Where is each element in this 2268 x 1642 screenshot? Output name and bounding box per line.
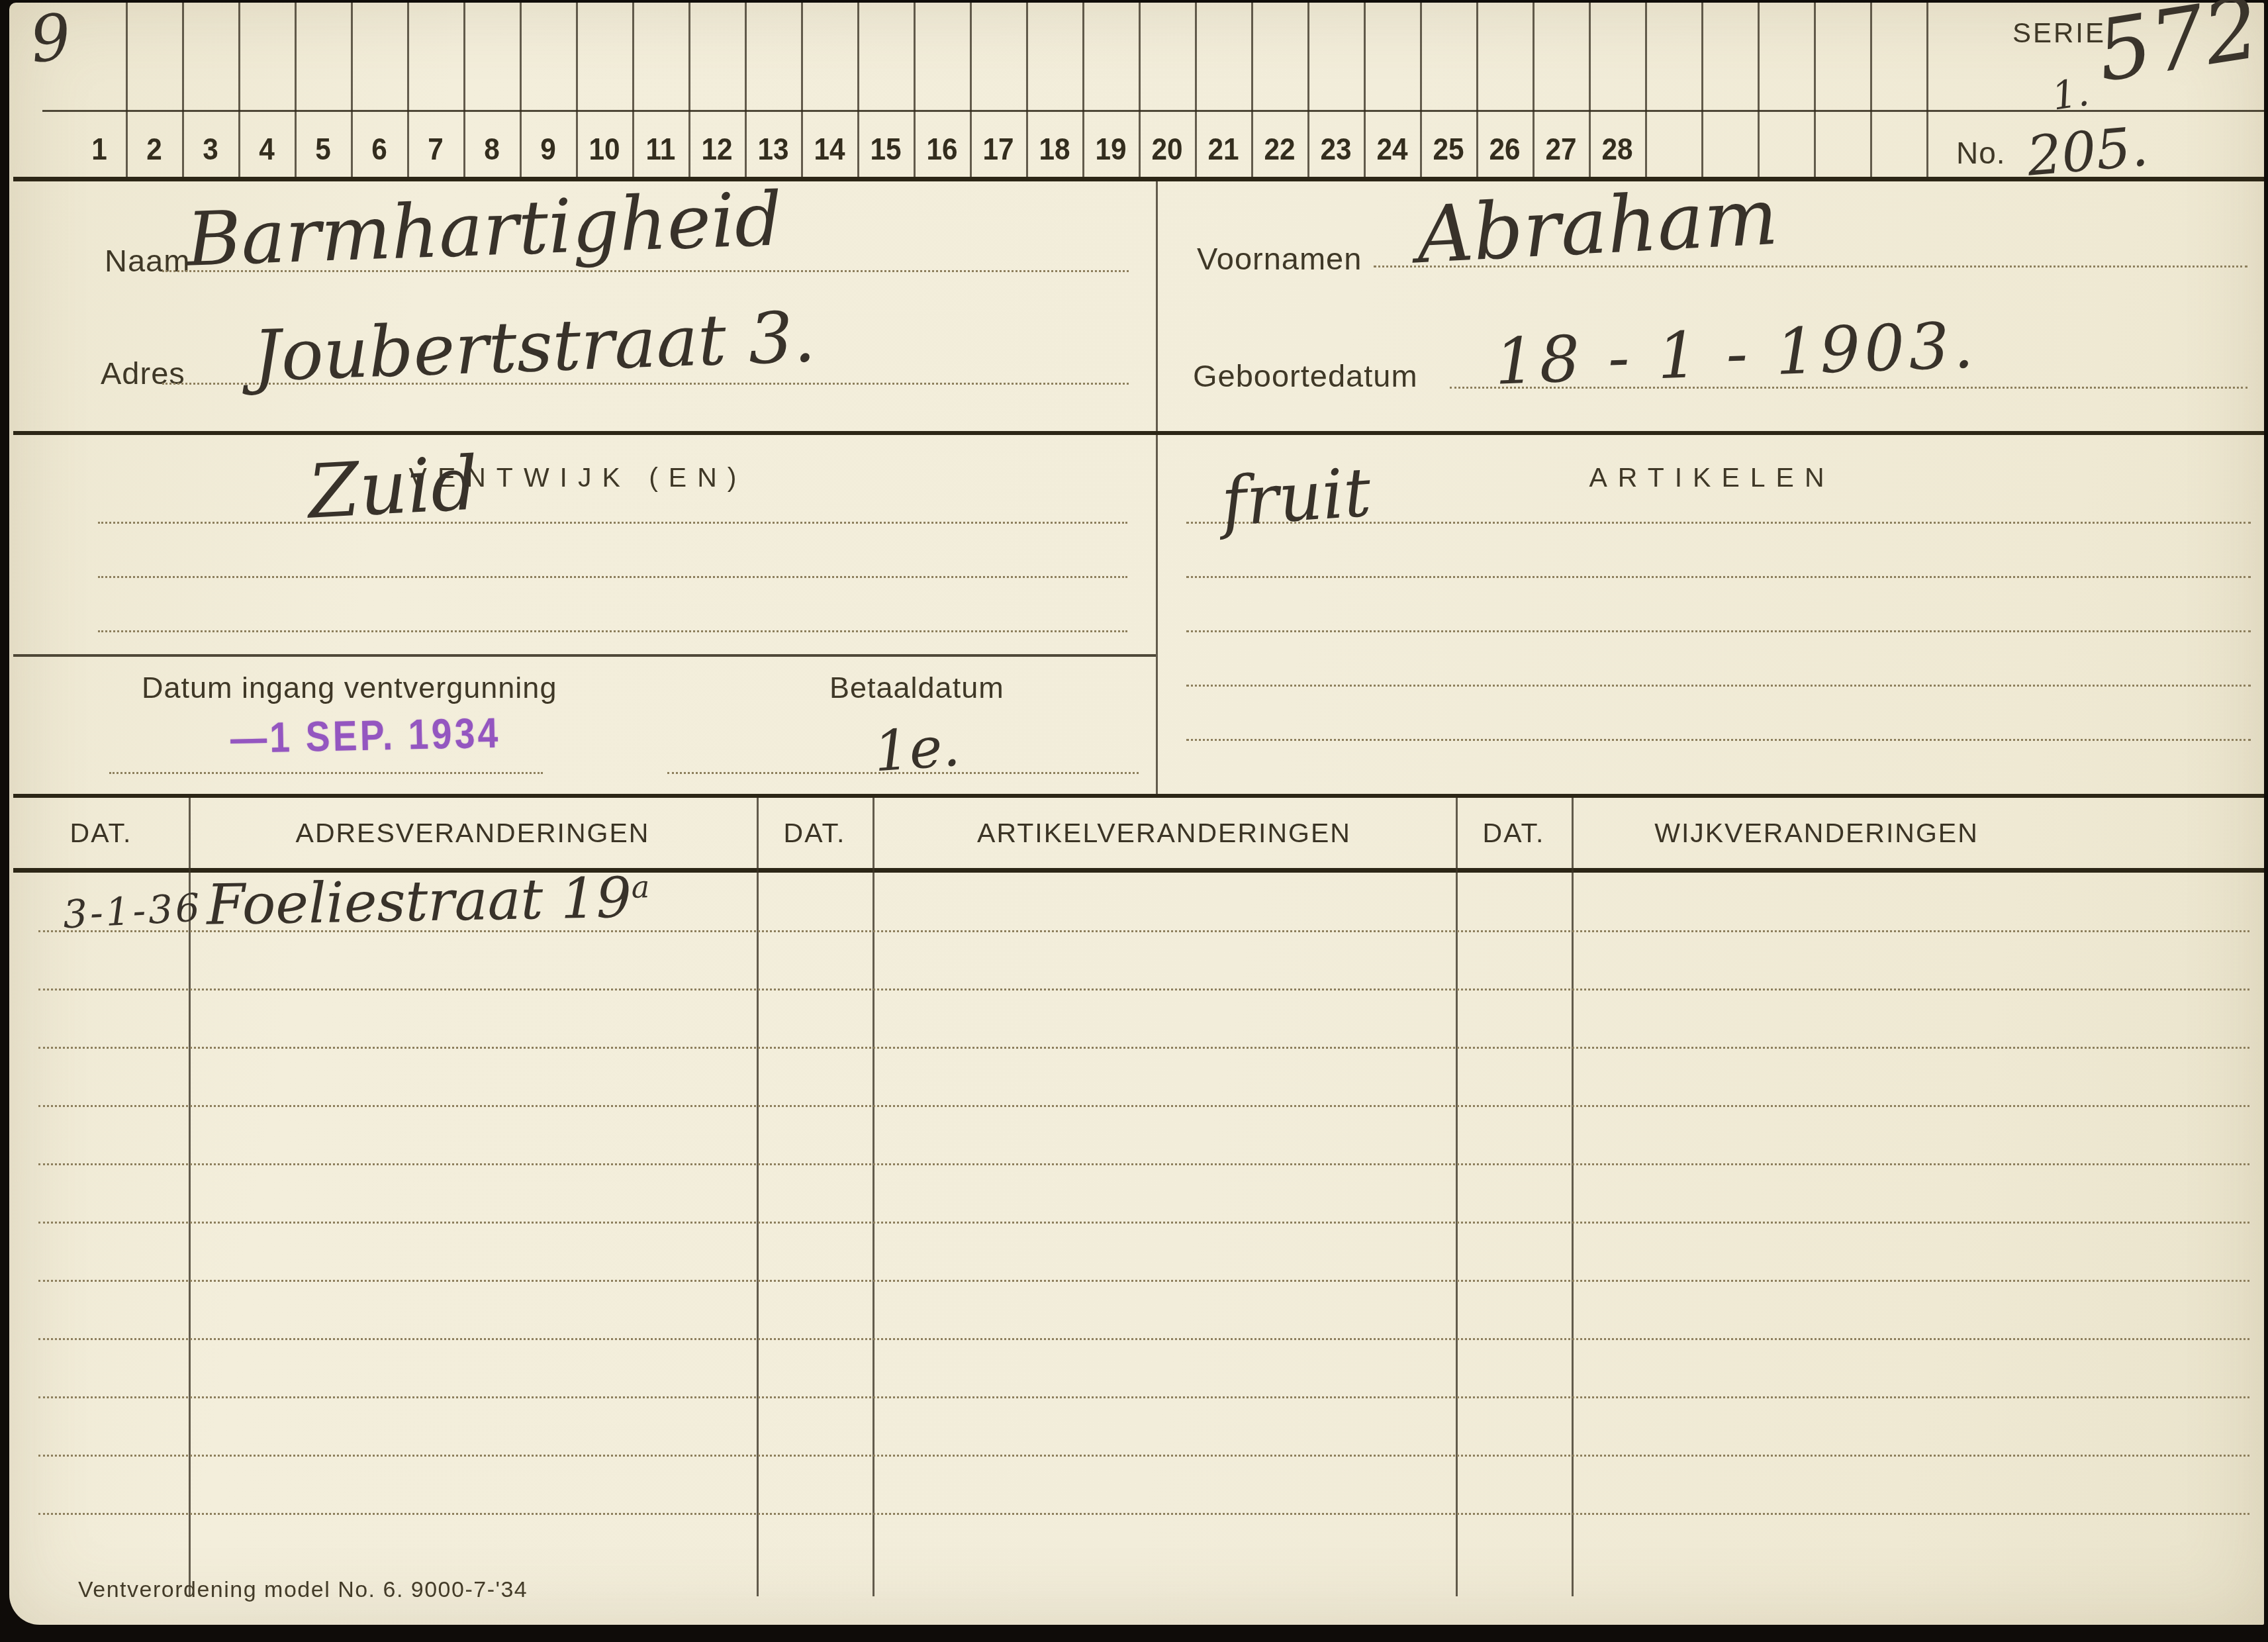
- grid-line: [520, 3, 522, 180]
- table-row-line: [38, 1280, 2249, 1282]
- datum-ingang-label: Datum ingang ventvergunning: [142, 671, 557, 705]
- table-header-wijkveranderingen: WIJKVERANDERINGEN: [1572, 818, 2061, 849]
- ventwijk-value-handwritten: Zuid: [306, 440, 481, 535]
- grid-line: [1251, 3, 1253, 180]
- dotted-line: [1186, 630, 2251, 632]
- grid-line: [1758, 3, 1760, 180]
- grid-line: [801, 3, 803, 180]
- grid-line: [182, 3, 184, 180]
- table-row-line: [38, 1105, 2249, 1107]
- datum-ingang-line: [109, 772, 543, 774]
- grid-line: [463, 3, 465, 180]
- dotted-line: [1186, 685, 2251, 687]
- scanned-vendor-permit-card-photo: 9 12345678910111213141516171819202122232…: [0, 0, 2268, 1642]
- grid-number: 6: [357, 131, 400, 167]
- table-row-line: [38, 1338, 2249, 1340]
- grid-number: 24: [1370, 131, 1413, 167]
- voornamen-label: Voornamen: [1197, 240, 1362, 277]
- grid-line: [1589, 3, 1591, 180]
- grid-line: [1533, 3, 1535, 180]
- serie-label: SERIE: [2012, 17, 2106, 49]
- top-thick-rule: [13, 177, 2264, 181]
- grid-line: [295, 3, 297, 180]
- grid-number: 21: [1202, 131, 1244, 167]
- grid-number: 26: [1483, 131, 1525, 167]
- table-row-line: [38, 989, 2249, 990]
- table-column-line: [873, 798, 874, 1596]
- table-row-line: [38, 1396, 2249, 1398]
- grid-line: [351, 3, 353, 180]
- table-row-line: [38, 1455, 2249, 1457]
- section2-top-rule: [13, 431, 2264, 435]
- grid-line: [1814, 3, 1816, 180]
- serie-note-handwritten: 1.: [2050, 69, 2092, 119]
- betaaldatum-label: Betaaldatum: [829, 671, 1004, 705]
- ventwijk-header: VENTWIJK (EN): [0, 462, 1156, 493]
- dotted-line: [98, 522, 1127, 524]
- grid-line: [1420, 3, 1422, 180]
- grid-number: 18: [1033, 131, 1075, 167]
- table-header-adresveranderingen: ADRESVERANDERINGEN: [189, 818, 757, 849]
- grid-line: [1701, 3, 1703, 180]
- table-top-rule: [13, 794, 2264, 798]
- grid-line: [1026, 3, 1028, 180]
- grid-line: [1307, 3, 1309, 180]
- grid-line: [1082, 3, 1084, 180]
- grid-line: [238, 3, 240, 180]
- grid-number: 19: [1089, 131, 1131, 167]
- table-row-line: [38, 1222, 2249, 1224]
- dotted-line: [98, 630, 1127, 632]
- no-value-handwritten: 205.: [2024, 115, 2150, 189]
- grid-number: 4: [245, 131, 287, 167]
- grid-line: [1476, 3, 1478, 180]
- grid-number: 28: [1595, 131, 1638, 167]
- dotted-line: [1186, 739, 2251, 741]
- grid-number: 23: [1314, 131, 1356, 167]
- table-header-dat-3: DAT.: [1456, 818, 1572, 849]
- betaaldatum-line: [667, 772, 1139, 774]
- grid-line: [126, 3, 128, 180]
- grid-line: [688, 3, 690, 180]
- voornamen-value-handwritten: Abraham: [1415, 171, 1780, 281]
- table-header-dat-2: DAT.: [757, 818, 873, 849]
- grid-line: [970, 3, 972, 180]
- corner-mark-handwritten: 9: [26, 0, 74, 77]
- date-stamp: —1 SEP. 1934: [230, 708, 501, 763]
- grid-number: 22: [1258, 131, 1300, 167]
- grid-line: [1195, 3, 1197, 180]
- grid-number: 14: [808, 131, 850, 167]
- table-column-line: [1456, 798, 1458, 1596]
- grid-line: [1139, 3, 1141, 180]
- grid-number: 11: [639, 131, 681, 167]
- grid-line: [1870, 3, 1872, 180]
- ventwijk-bottom-rule: [13, 654, 1156, 657]
- grid-number: 12: [695, 131, 737, 167]
- grid-number: 7: [414, 131, 456, 167]
- table-column-line: [1572, 798, 1574, 1596]
- grid-line: [914, 3, 916, 180]
- section1-divider: [1156, 181, 1158, 433]
- top-thin-rule: [42, 110, 2264, 112]
- grid-number: 8: [470, 131, 512, 167]
- dotted-line: [98, 576, 1127, 578]
- table-row-dat-handwritten: 3-1-36: [62, 885, 203, 938]
- grid-number: 27: [1539, 131, 1582, 167]
- grid-line: [407, 3, 409, 180]
- grid-number: 15: [864, 131, 906, 167]
- grid-number: 3: [189, 131, 231, 167]
- no-label: No.: [1956, 135, 2006, 171]
- grid-line: [1364, 3, 1366, 180]
- grid-number: 5: [301, 131, 344, 167]
- grid-line: [1645, 3, 1647, 180]
- geboortedatum-label: Geboortedatum: [1193, 358, 1418, 394]
- grid-line: [1926, 3, 1928, 180]
- grid-line: [632, 3, 634, 180]
- dotted-line: [1186, 576, 2251, 578]
- grid-number: 20: [1145, 131, 1188, 167]
- table-header-artikelveranderingen: ARTIKELVERANDERINGEN: [873, 818, 1456, 849]
- grid-number: 16: [920, 131, 963, 167]
- table-row-line: [38, 1163, 2249, 1165]
- grid-number: 13: [751, 131, 794, 167]
- grid-number: 2: [132, 131, 175, 167]
- table-header-dat-1: DAT.: [13, 818, 189, 849]
- table-row-line: [38, 1047, 2249, 1049]
- table-row-adres-handwritten: Foeliestraat 19a: [206, 865, 650, 938]
- grid-number: 25: [1427, 131, 1469, 167]
- grid-number: 1: [78, 131, 120, 167]
- table-column-line: [757, 798, 759, 1596]
- table-row-line: [38, 1513, 2249, 1515]
- grid-number: 10: [583, 131, 625, 167]
- grid-number: 17: [976, 131, 1019, 167]
- grid-line: [745, 3, 747, 180]
- grid-number: 9: [526, 131, 569, 167]
- grid-line: [857, 3, 859, 180]
- adres-label: Adres: [101, 355, 185, 391]
- naam-label: Naam: [105, 242, 190, 279]
- grid-line: [576, 3, 578, 180]
- artikelen-value-handwritten: fruit: [1219, 453, 1374, 542]
- model-imprint: Ventverordening model No. 6. 9000-7-'34: [78, 1577, 528, 1603]
